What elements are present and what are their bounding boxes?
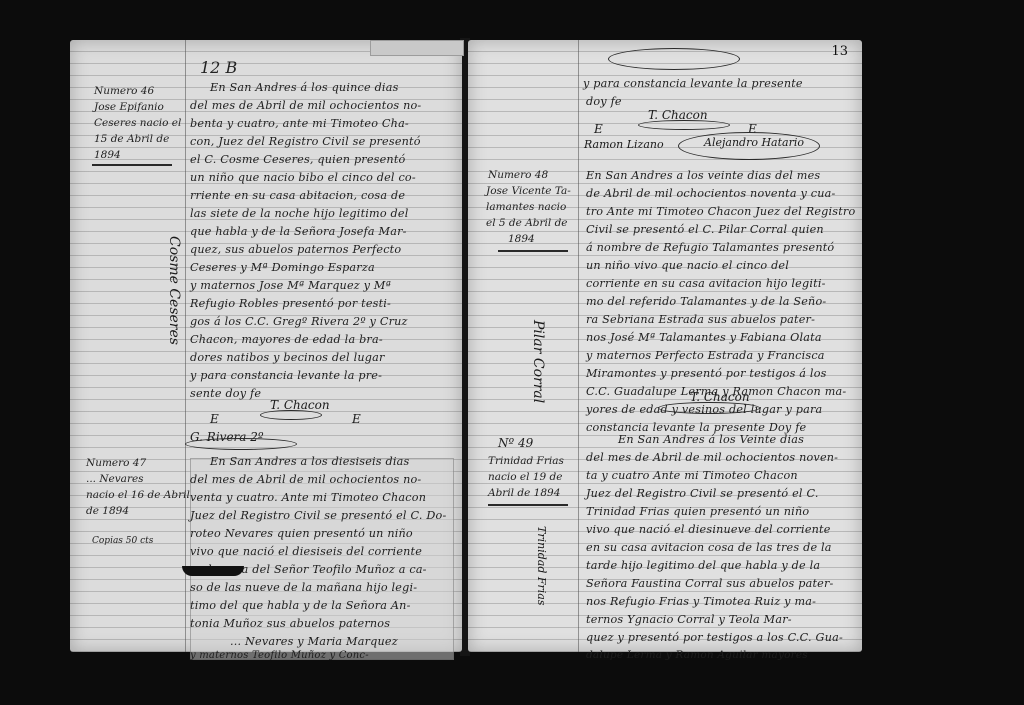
vertical-signature: Trinidad Frias bbox=[535, 526, 548, 605]
signature-mark: E bbox=[210, 412, 219, 426]
signature-flourish bbox=[185, 438, 297, 450]
margin-underline bbox=[498, 250, 568, 252]
signature-flourish bbox=[260, 410, 322, 420]
page-number: 13 bbox=[831, 44, 848, 59]
signature-mark: E bbox=[352, 412, 361, 426]
decorative-flourish bbox=[608, 48, 740, 70]
vertical-signature: Cosme Ceseres bbox=[166, 236, 182, 345]
margin-underline bbox=[488, 504, 568, 506]
margin-underline bbox=[92, 164, 172, 166]
vertical-signature: Pilar Corral bbox=[530, 320, 546, 403]
signature-flourish bbox=[658, 402, 760, 414]
ink-blot bbox=[182, 566, 244, 576]
signature-flourish bbox=[638, 120, 730, 130]
signature-lizano: Ramon Lizano bbox=[584, 138, 664, 151]
signature-flourish bbox=[678, 132, 820, 160]
margin-rule bbox=[185, 40, 186, 652]
right-page: 13 y para constancia levante la presente… bbox=[468, 40, 862, 652]
left-page: 12 B Numero 46 Jose Epifanio Ceseres nac… bbox=[70, 40, 462, 652]
folio-mark: 12 B bbox=[200, 58, 237, 77]
fee-note: Copias 50 cts bbox=[92, 534, 153, 550]
margin-rule bbox=[578, 40, 579, 652]
signature-mark: E bbox=[594, 122, 603, 136]
torn-edge bbox=[370, 40, 464, 56]
